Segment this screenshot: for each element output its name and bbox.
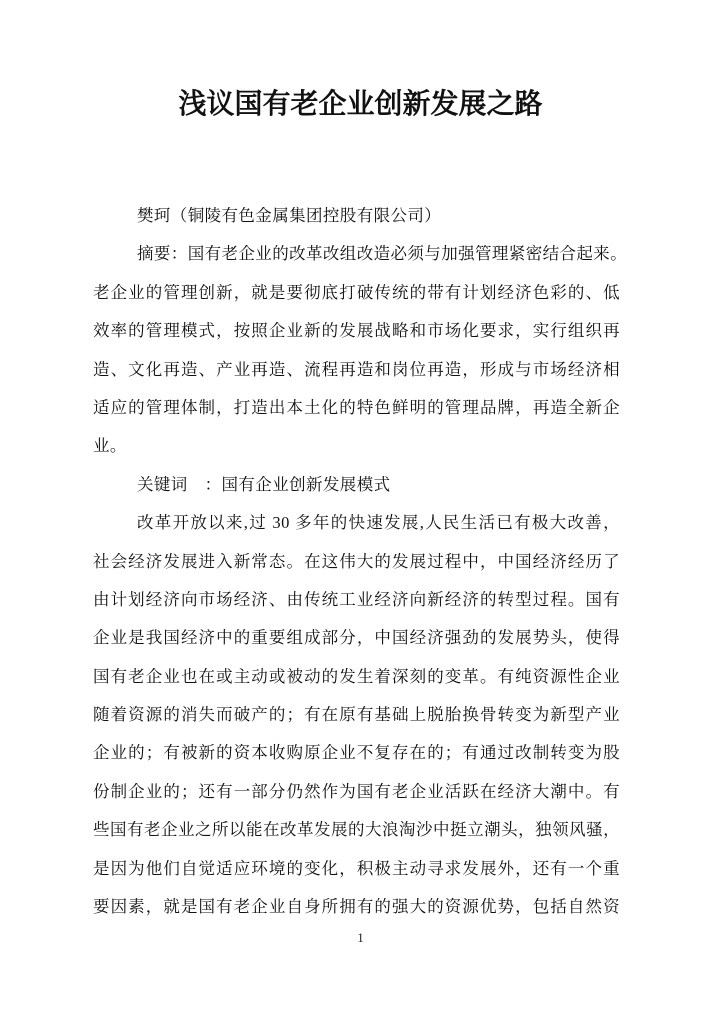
document-page: 浅议国有老企业创新发展之路 樊珂（铜陵有色金属集团控股有限公司） 摘要：国有老企… — [0, 0, 721, 1020]
body-line: 国有老企业也在或主动或被动的发生着深刻的变革。有纯资源性企业 — [93, 658, 620, 696]
body-line: 企业的；有被新的资本收购原企业不复存在的；有通过改制转变为股 — [93, 734, 620, 772]
abstract-line: 摘要：国有老企业的改革改组改造必须与加强管理紧密结合起来。 — [93, 235, 620, 273]
abstract-line: 业。 — [93, 427, 620, 465]
body-line: 改革开放以来,过 30 多年的快速发展,人民生活已有极大改善， — [93, 504, 620, 542]
abstract-line: 造、文化再造、产业再造、流程再造和岗位再造，形成与市场经济相 — [93, 351, 620, 389]
doc-title: 浅议国有老企业创新发展之路 — [0, 84, 721, 126]
body-line: 是因为他们自觉适应环境的变化，积极主动寻求发展外，还有一个重 — [93, 850, 620, 888]
body-line: 企业是我国经济中的重要组成部分，中国经济强劲的发展势头，使得 — [93, 619, 620, 657]
abstract-line: 效率的管理模式，按照企业新的发展战略和市场化要求，实行组织再 — [93, 312, 620, 350]
abstract-line: 适应的管理体制，打造出本土化的特色鲜明的管理品牌，再造全新企 — [93, 389, 620, 427]
body-line: 社会经济发展进入新常态。在这伟大的发展过程中，中国经济经历了 — [93, 543, 620, 581]
page-number: 1 — [0, 928, 721, 948]
body-line: 由计划经济向市场经济、由传统工业经济向新经济的转型过程。国有 — [93, 581, 620, 619]
keywords-line: 关键词 ：国有企业创新发展模式 — [93, 466, 620, 504]
author-line: 樊珂（铜陵有色金属集团控股有限公司） — [93, 197, 620, 235]
body-line: 些国有老企业之所以能在改革发展的大浪淘沙中挺立潮头，独领风骚， — [93, 811, 620, 849]
body-line: 要因素，就是国有老企业自身所拥有的强大的资源优势，包括自然资 — [93, 888, 620, 926]
body-line: 份制企业的；还有一部分仍然作为国有老企业活跃在经济大潮中。有 — [93, 773, 620, 811]
abstract-line: 老企业的管理创新，就是要彻底打破传统的带有计划经济色彩的、低 — [93, 274, 620, 312]
body-line: 随着资源的消失而破产的；有在原有基础上脱胎换骨转变为新型产业 — [93, 696, 620, 734]
doc-content: 樊珂（铜陵有色金属集团控股有限公司） 摘要：国有老企业的改革改组改造必须与加强管… — [93, 197, 620, 926]
